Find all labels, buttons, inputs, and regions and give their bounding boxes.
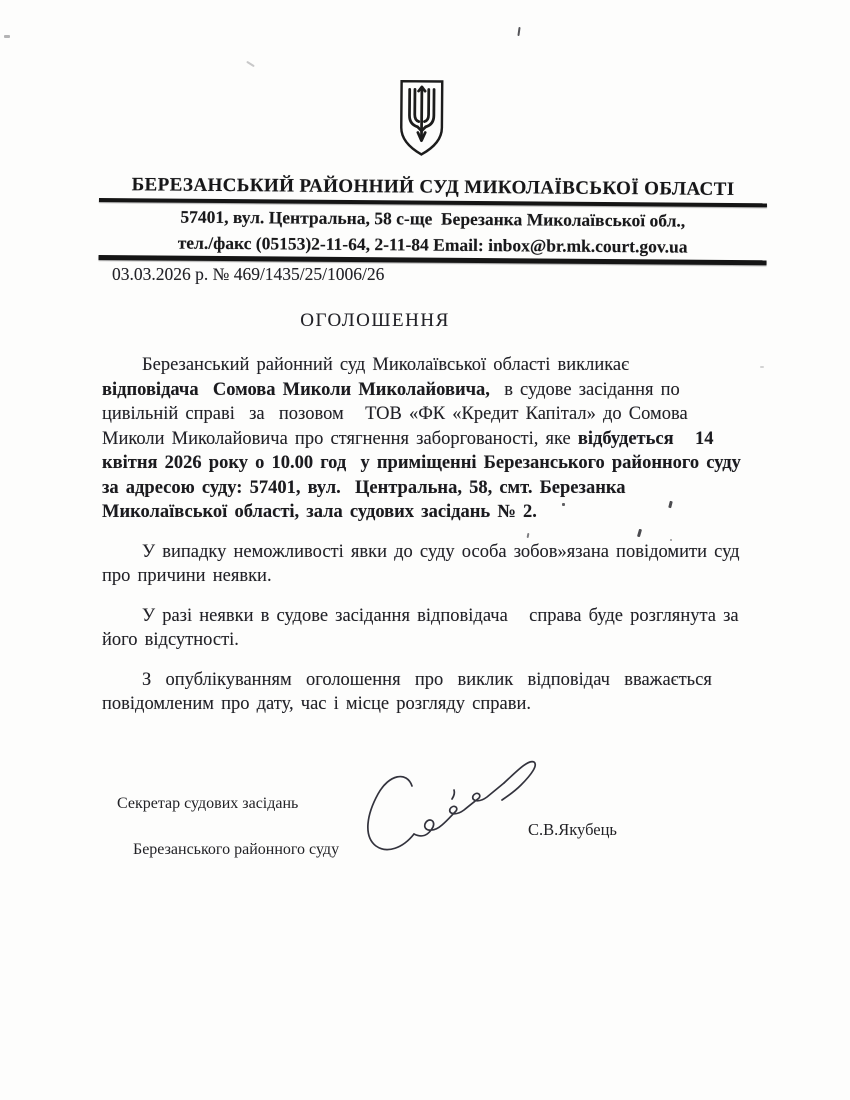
signatory-role: Секретар судових засідань Березанського …	[117, 792, 339, 884]
text-line: Миколаївської області, зала судових засі…	[102, 500, 766, 525]
court-address-line1: 57401, вул. Центральна, 58 с-ще Березанк…	[99, 205, 767, 233]
scan-speck	[517, 27, 520, 36]
document-body: 03.03.2026 р. № 469/1435/25/1006/26 ОГОЛ…	[102, 262, 766, 732]
text-line: У разі неявки в судове засідання відпові…	[102, 604, 766, 629]
handwritten-signature	[348, 742, 553, 860]
emblem-container	[75, 72, 768, 172]
text-line: З опублікуванням оголошення про виклик в…	[102, 668, 766, 693]
signatory-name: С.В.Якубець	[528, 820, 617, 840]
text-line: цивільній справі за позовом ТОВ «ФК «Кре…	[102, 402, 766, 427]
text-line: У випадку неможливості явки до суду особ…	[102, 540, 766, 565]
text-line: квітня 2026 року о 10.00 год у приміщенн…	[102, 451, 766, 476]
paragraph: Березанський районний суд Миколаївської …	[102, 353, 766, 525]
text-line: відповідача Сомова Миколи Миколайовича, …	[102, 378, 766, 403]
court-address-line2: тел./факс (05153)2-11-64, 2-11-84 Email:…	[99, 230, 767, 258]
signatory-role-line2: Березанського районного суду	[133, 841, 339, 858]
scan-speck	[760, 366, 764, 368]
text-line: Березанський районний суд Миколаївської …	[102, 353, 766, 378]
document-title: ОГОЛОШЕННЯ	[102, 309, 648, 334]
signatory-role-line1: Секретар судових засідань	[117, 795, 298, 812]
text-line: його відсутності.	[102, 628, 766, 653]
paragraph: У випадку неможливості явки до суду особ…	[102, 540, 766, 589]
text-line: повідомленим про дату, час і місце розгл…	[102, 692, 766, 717]
scan-speck	[562, 503, 565, 506]
letterhead: БЕРЕЗАНСЬКИЙ РАЙОННИЙ СУД МИКОЛАЇВСЬКОЇ …	[99, 72, 768, 265]
scan-speck	[246, 61, 255, 67]
paragraph: У разі неявки в судове засідання відпові…	[102, 604, 766, 653]
ukraine-trident-coat-of-arms-icon	[395, 74, 448, 164]
reference-number-line: 03.03.2026 р. № 469/1435/25/1006/26	[112, 262, 766, 287]
paragraphs-container: Березанський районний суд Миколаївської …	[102, 353, 766, 717]
scan-speck	[670, 539, 672, 541]
text-line: Миколи Миколайовича про стягнення заборг…	[102, 427, 766, 452]
scan-speck	[4, 35, 10, 38]
court-name: БЕРЕЗАНСЬКИЙ РАЙОННИЙ СУД МИКОЛАЇВСЬКОЇ …	[99, 173, 767, 201]
text-line: за адресою суду: 57401, вул. Центральна,…	[102, 476, 766, 501]
paragraph: З опублікуванням оголошення про виклик в…	[102, 668, 766, 717]
scanned-court-document-page: БЕРЕЗАНСЬКИЙ РАЙОННИЙ СУД МИКОЛАЇВСЬКОЇ …	[0, 0, 850, 1100]
text-line: про причини неявки.	[102, 564, 766, 589]
